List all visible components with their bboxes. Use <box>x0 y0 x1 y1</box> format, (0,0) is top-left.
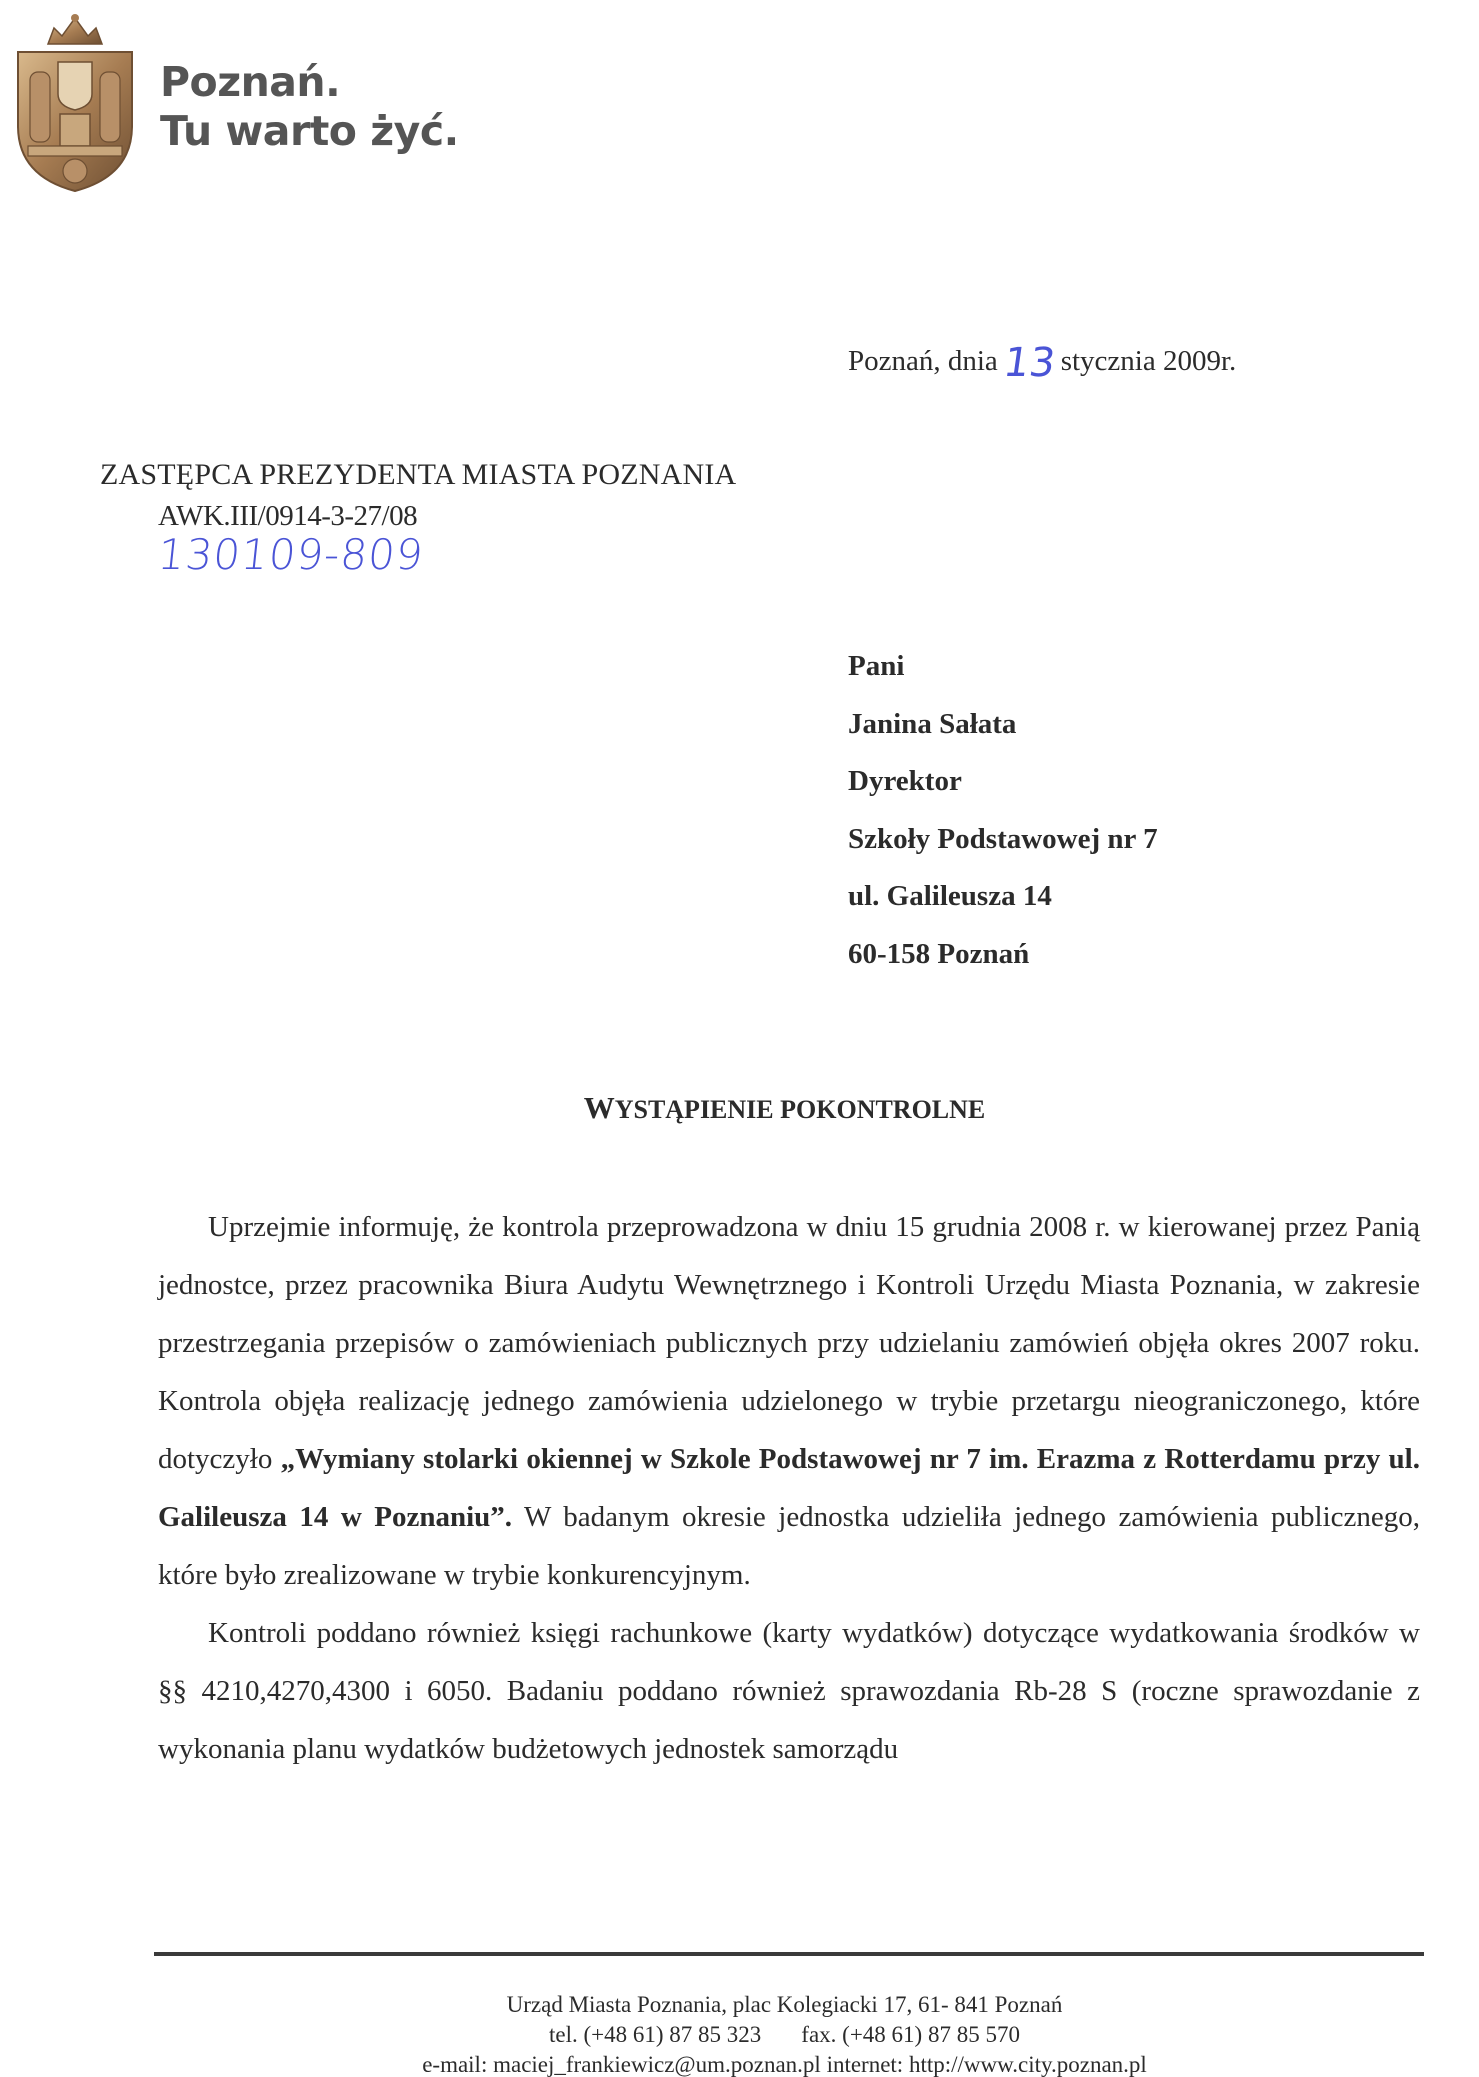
addressee-line: Szkoły Podstawowej nr 7 <box>848 821 1158 879</box>
brand-line-2: Tu warto żyć. <box>160 107 459 156</box>
paragraph-1: Uprzejmie informuję, że kontrola przepro… <box>158 1198 1420 1604</box>
footer-divider <box>154 1952 1424 1956</box>
addressee-line: 60-158 Poznań <box>848 936 1158 994</box>
footer-contact-line: e-mail: maciej_frankiewicz@um.poznan.pl … <box>90 2050 1479 2077</box>
handwritten-registration-number: 130109-809 <box>155 530 426 579</box>
addressee-block: Pani Janina Sałata Dyrektor Szkoły Podst… <box>848 648 1158 993</box>
date-suffix: stycznia 2009r. <box>1061 345 1237 377</box>
addressee-line: Dyrektor <box>848 763 1158 821</box>
handwritten-day: 13 <box>1001 340 1058 386</box>
document-title: WYSTĄPIENIE POKONTROLNE <box>0 1090 1479 1126</box>
footer-tel: tel. (+48 61) 87 85 323 <box>549 2022 761 2047</box>
city-slogan: Poznań. Tu warto żyć. <box>160 58 459 156</box>
title-initial: W <box>584 1090 615 1125</box>
letter-date: Poznań, dnia13stycznia 2009r. <box>848 340 1236 386</box>
poznan-coat-of-arms-icon <box>10 6 140 196</box>
letter-body: Uprzejmie informuję, że kontrola przepro… <box>158 1198 1420 1778</box>
footer-email[interactable]: e-mail: maciej_frankiewicz@um.poznan.pl <box>422 2052 821 2077</box>
footer-phone-line: tel. (+48 61) 87 85 323fax. (+48 61) 87 … <box>90 2020 1479 2050</box>
footer-address: Urząd Miasta Poznania, plac Kolegiacki 1… <box>90 1990 1479 2020</box>
addressee-line: ul. Galileusza 14 <box>848 878 1158 936</box>
footer-fax: fax. (+48 61) 87 85 570 <box>801 2022 1020 2047</box>
paragraph-2: Kontroli poddano również księgi rachunko… <box>158 1604 1420 1778</box>
date-prefix: Poznań, dnia <box>848 345 998 377</box>
reference-number: AWK.III/0914-3-27/08 <box>158 500 417 533</box>
addressee-line: Janina Sałata <box>848 706 1158 764</box>
paragraph-1-text: Uprzejmie informuję, że kontrola przepro… <box>158 1211 1420 1475</box>
footer: Urząd Miasta Poznania, plac Kolegiacki 1… <box>0 1990 1479 2077</box>
sender-title: ZASTĘPCA PREZYDENTA MIASTA POZNANIA <box>100 458 736 492</box>
footer-website[interactable]: internet: http://www.city.poznan.pl <box>827 2052 1147 2077</box>
brand-line-1: Poznań. <box>160 58 459 107</box>
title-rest: YSTĄPIENIE POKONTROLNE <box>615 1095 986 1124</box>
addressee-line: Pani <box>848 648 1158 706</box>
